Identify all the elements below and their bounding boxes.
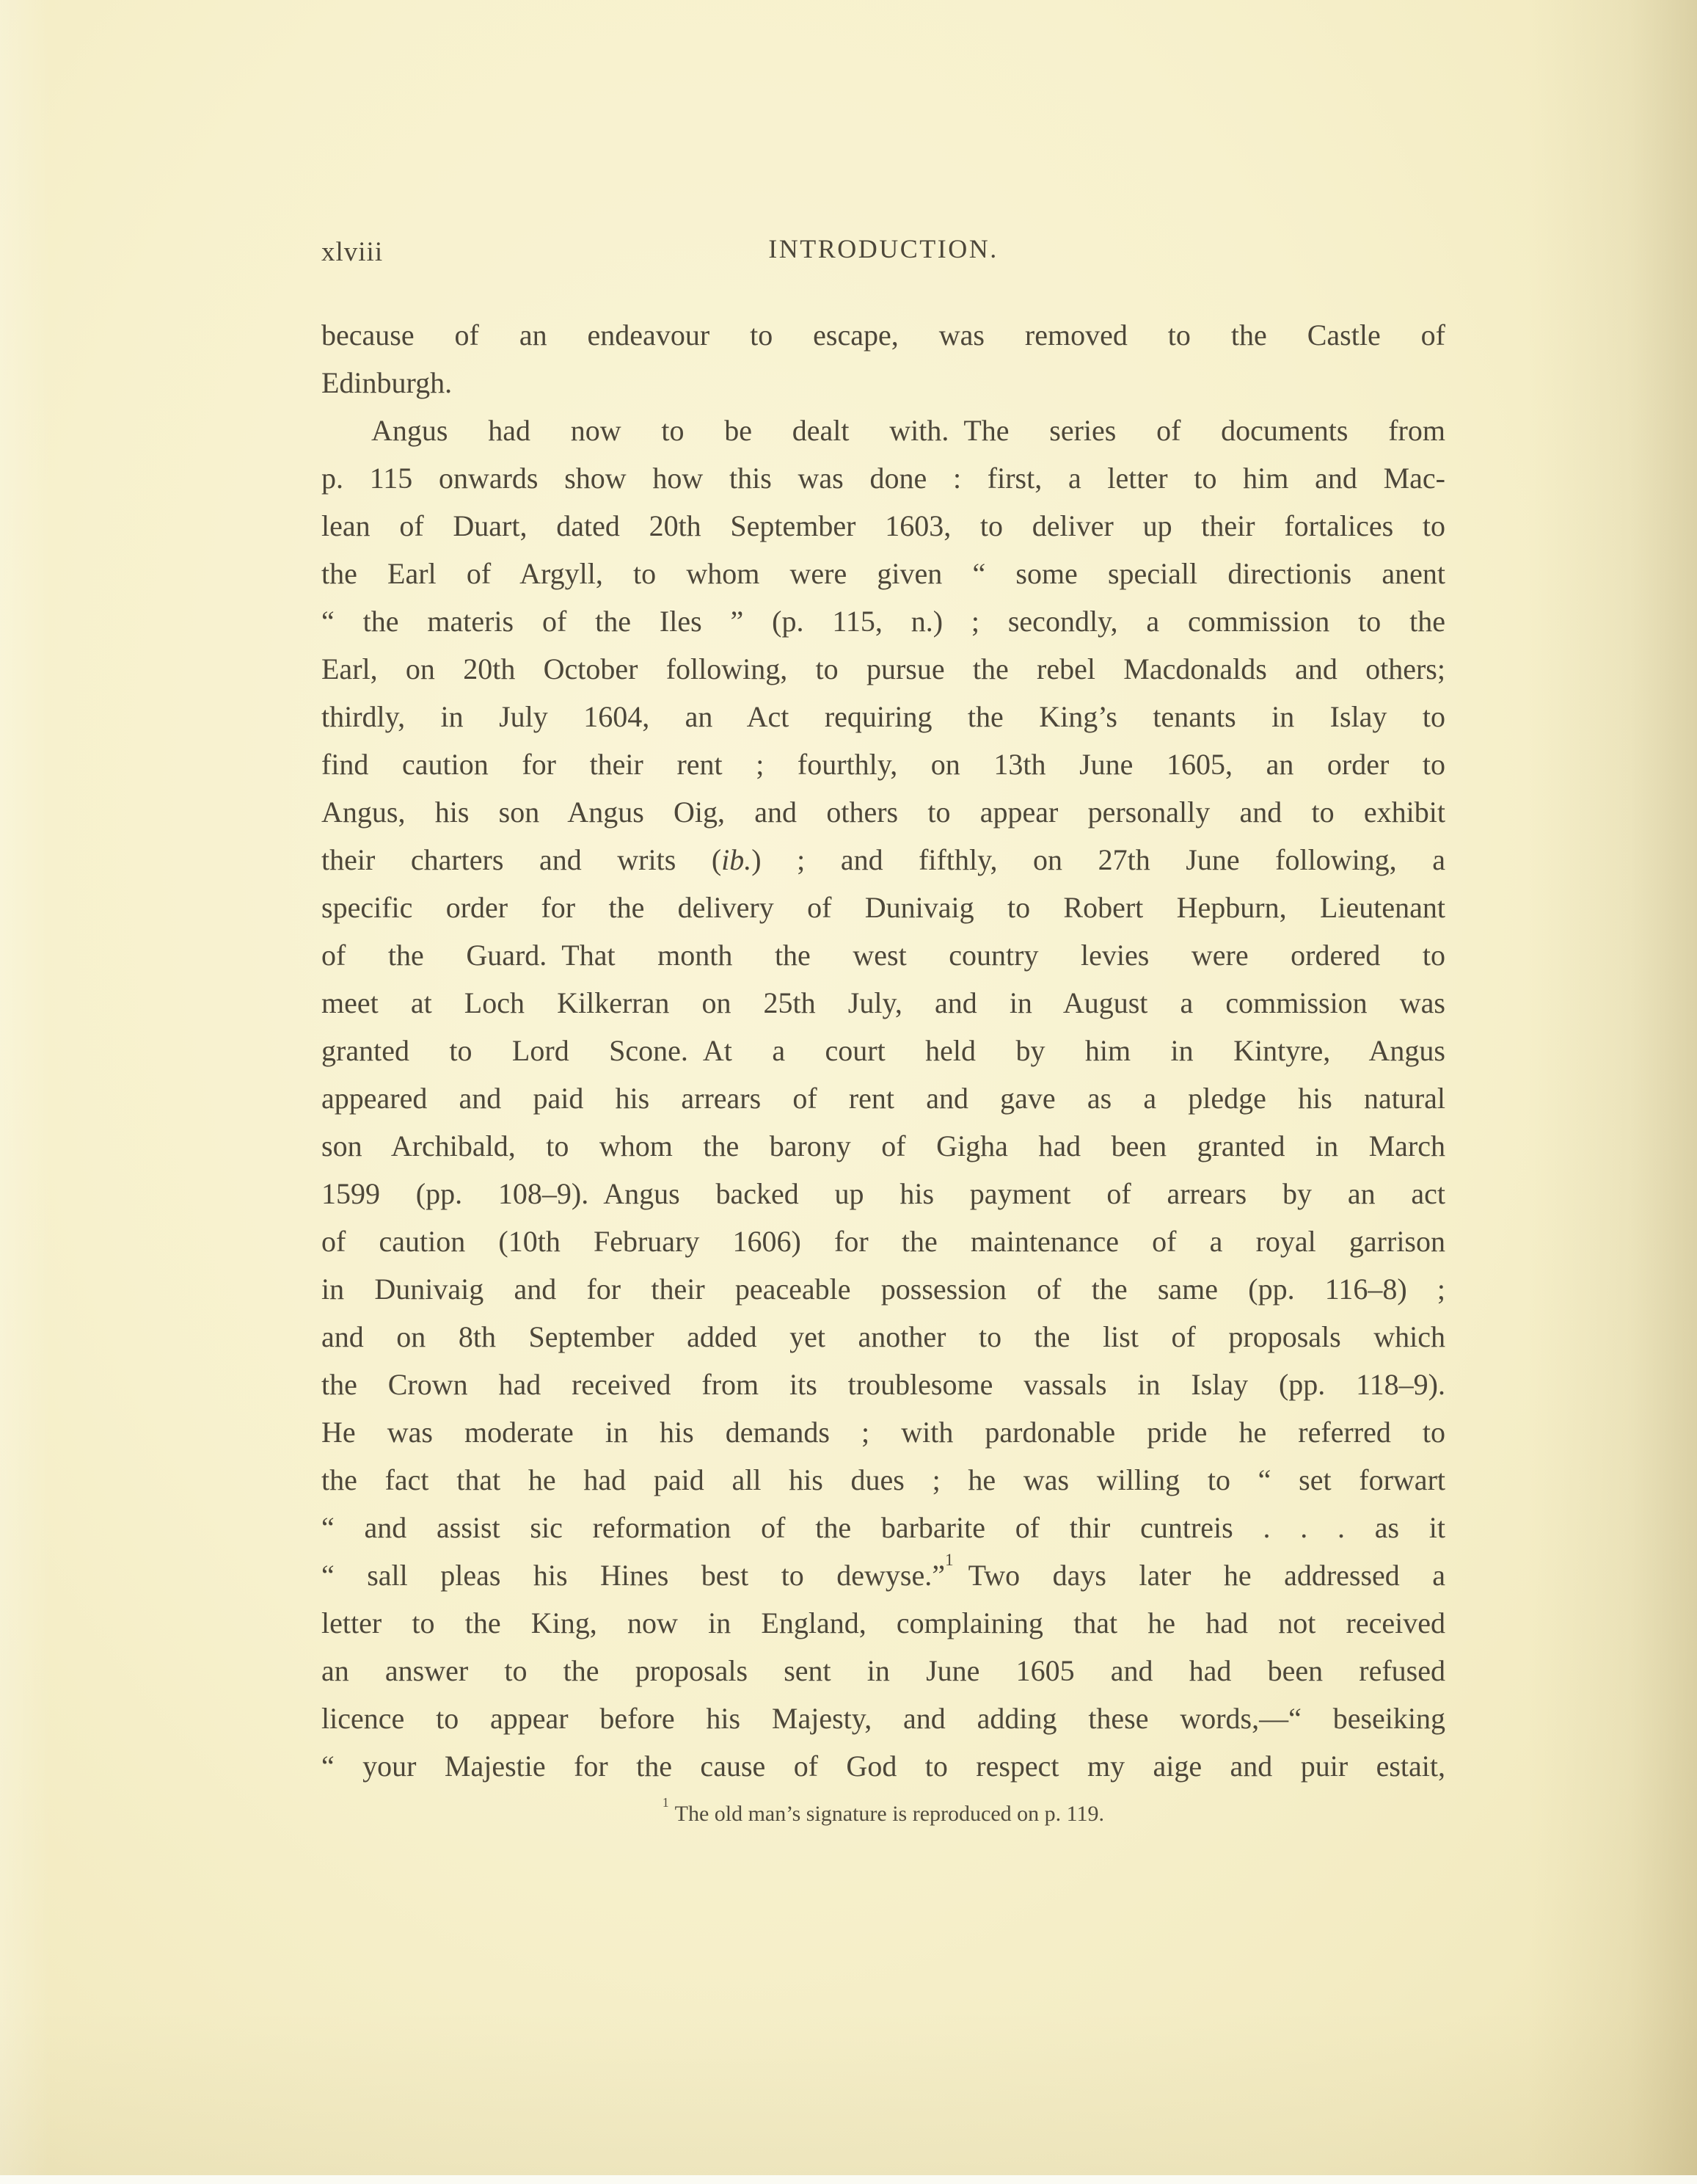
italic-citation: ib. xyxy=(721,843,751,876)
text-line: letter to the King, now in England, comp… xyxy=(321,1599,1445,1647)
footnote-reference: 1 xyxy=(945,1551,954,1570)
text-line: an answer to the proposals sent in June … xyxy=(321,1647,1445,1695)
text-line: Earl, on 20th October following, to purs… xyxy=(321,645,1445,693)
text-line: granted to Lord Scone. At a court held b… xyxy=(321,1027,1445,1074)
text-line: the Earl of Argyll, to whom were given “… xyxy=(321,550,1445,597)
text-line: p. 115 onwards show how this was done : … xyxy=(321,454,1445,502)
text-line: lean of Duart, dated 20th September 1603… xyxy=(321,502,1445,550)
text-line: “ your Majestie for the cause of God to … xyxy=(321,1742,1445,1790)
text-line: Angus, his son Angus Oig, and others to … xyxy=(321,788,1445,836)
text-segment: their charters and writs ( xyxy=(321,843,721,876)
text-line: thirdly, in July 1604, an Act requiring … xyxy=(321,693,1445,740)
footnote-text: The old man’s signature is reproduced on… xyxy=(675,1802,1104,1826)
text-line: licence to appear before his Majesty, an… xyxy=(321,1695,1445,1742)
text-line: the fact that he had paid all his dues ;… xyxy=(321,1456,1445,1504)
paragraph-1: because of an endeavour to escape, was r… xyxy=(321,311,1445,407)
book-page: xlviii INTRODUCTION. because of an endea… xyxy=(0,0,1697,2184)
text-line: “ the materis of the Iles ” (p. 115, n.)… xyxy=(321,597,1445,645)
footnote-marker: 1 xyxy=(663,1795,669,1810)
scan-edge-strip xyxy=(0,2175,1697,2184)
text-line: meet at Loch Kilkerran on 25th July, and… xyxy=(321,979,1445,1027)
footnote: 1The old man’s signature is reproduced o… xyxy=(321,1802,1445,1827)
text-line: Edinburgh. xyxy=(321,359,1445,407)
text-line-with-footnote-ref: “ sall pleas his Hines best to dewyse.”1… xyxy=(321,1551,1445,1599)
text-line: Angus had now to be dealt with. The seri… xyxy=(321,407,1445,454)
text-line: find caution for their rent ; fourthly, … xyxy=(321,740,1445,788)
text-line: of caution (10th February 1606) for the … xyxy=(321,1217,1445,1265)
text-line: of the Guard. That month the west countr… xyxy=(321,931,1445,979)
page-header: xlviii INTRODUCTION. xyxy=(321,233,1445,269)
text-segment: “ sall pleas his Hines best to dewyse.” xyxy=(321,1559,945,1592)
text-line: because of an endeavour to escape, was r… xyxy=(321,311,1445,359)
text-line: specific order for the delivery of Duniv… xyxy=(321,884,1445,931)
text-line: 1599 (pp. 108–9). Angus backed up his pa… xyxy=(321,1170,1445,1217)
text-line: and on 8th September added yet another t… xyxy=(321,1313,1445,1361)
text-line: “ and assist sic reformation of the barb… xyxy=(321,1504,1445,1551)
text-line-with-italic: their charters and writs (ib.) ; and fif… xyxy=(321,836,1445,884)
text-line: son Archibald, to whom the barony of Gig… xyxy=(321,1122,1445,1170)
text-line: appeared and paid his arrears of rent an… xyxy=(321,1074,1445,1122)
running-title: INTRODUCTION. xyxy=(321,233,1445,264)
paragraph-2: Angus had now to be dealt with. The seri… xyxy=(321,407,1445,1790)
text-block: because of an endeavour to escape, was r… xyxy=(321,311,1445,1790)
text-line: He was moderate in his demands ; with pa… xyxy=(321,1408,1445,1456)
text-line: in Dunivaig and for their peaceable poss… xyxy=(321,1265,1445,1313)
text-segment: ) ; and fifthly, on 27th June following,… xyxy=(751,843,1445,876)
text-segment: Two days later he addressed a xyxy=(954,1559,1445,1592)
text-line: the Crown had received from its troubles… xyxy=(321,1361,1445,1408)
